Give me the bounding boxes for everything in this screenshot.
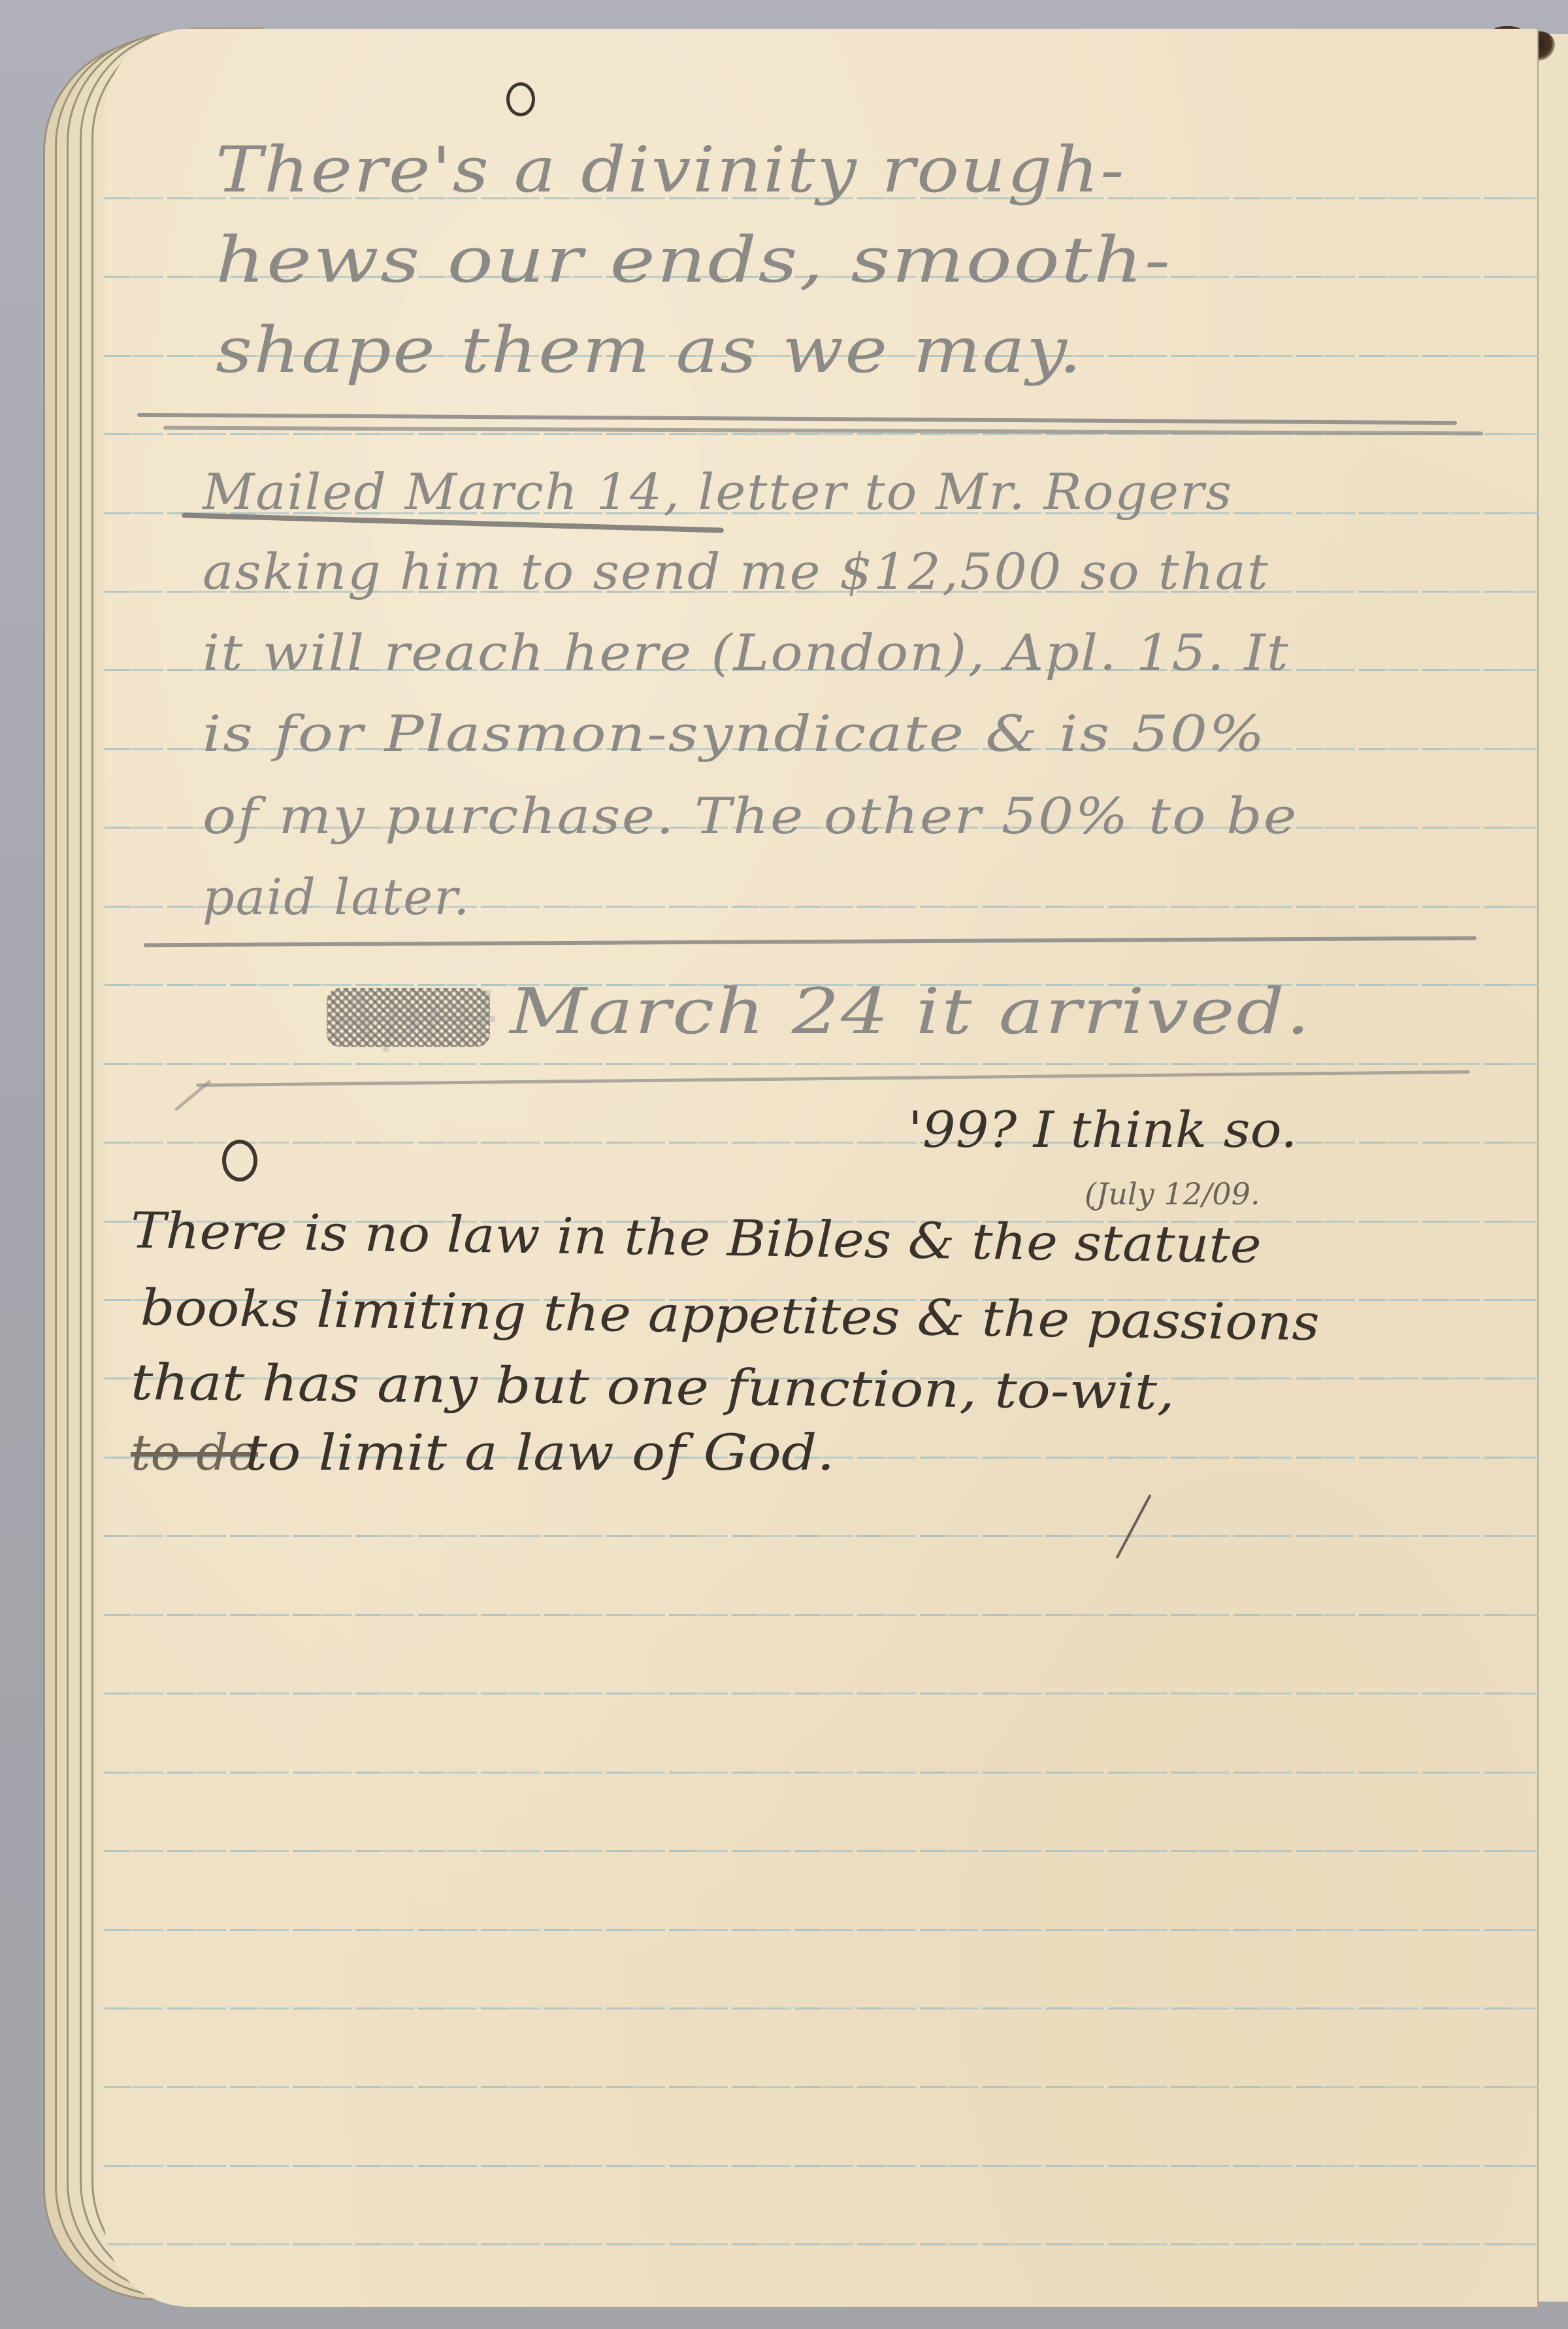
divider-line bbox=[137, 413, 1457, 425]
ruling-line bbox=[105, 2007, 1539, 2009]
arrival-note: March 24 it arrived. bbox=[510, 975, 1311, 1048]
ruling-line bbox=[105, 1063, 1539, 1065]
crossed-out-word: April bbox=[333, 980, 495, 1053]
passage-line-3: that has any but one function, to-wit, bbox=[130, 1353, 1175, 1421]
pen-stroke bbox=[1115, 1494, 1151, 1559]
quote-line-2: hews our ends, smooth- bbox=[216, 223, 1172, 297]
letter-line-6: paid later. bbox=[203, 868, 470, 926]
date-note: (July 12/09. bbox=[1085, 1176, 1260, 1212]
ruling-line bbox=[105, 1850, 1539, 1852]
letter-line-4: is for Plasmon-syndicate & is 50% bbox=[203, 704, 1266, 763]
notebook-page: There's a divinity rough- hews our ends,… bbox=[105, 29, 1539, 2307]
letter-line-3: it will reach here (London), Apl. 15. It bbox=[203, 623, 1290, 682]
divider-hook bbox=[174, 1080, 212, 1112]
passage-line-4: to limit a law of God. bbox=[245, 1423, 834, 1481]
entry-marker-circle bbox=[222, 1140, 257, 1181]
divider-line bbox=[196, 1070, 1470, 1087]
passage-line-2: books limiting the appetites & the passi… bbox=[140, 1278, 1320, 1351]
letter-line-1: Mailed March 14, letter to Mr. Rogers bbox=[203, 463, 1233, 521]
ruling-line bbox=[105, 1535, 1539, 1537]
ruling-line bbox=[105, 1929, 1539, 1931]
ruling-line bbox=[105, 1142, 1539, 1144]
letter-line-2: asking him to send me $12,500 so that bbox=[203, 542, 1269, 601]
year-note: '99? I think so. bbox=[908, 1100, 1298, 1159]
entry-marker-circle bbox=[506, 82, 535, 116]
divider-line bbox=[144, 936, 1477, 948]
crossed-out-word: to do bbox=[131, 1423, 258, 1481]
ruling-line bbox=[105, 1772, 1539, 1774]
ruling-line bbox=[105, 1614, 1539, 1616]
letter-line-5: of my purchase. The other 50% to be bbox=[203, 787, 1298, 845]
ruling-line bbox=[105, 2086, 1539, 2088]
ruling-line bbox=[105, 2165, 1539, 2167]
quote-line-1: There's a divinity rough- bbox=[216, 133, 1126, 206]
ruling-line bbox=[105, 1693, 1539, 1694]
quote-line-3: shape them as we may. bbox=[216, 314, 1083, 387]
ruling-line bbox=[105, 2243, 1539, 2245]
passage-line-1: There is no law in the Bibles & the stat… bbox=[130, 1201, 1262, 1274]
